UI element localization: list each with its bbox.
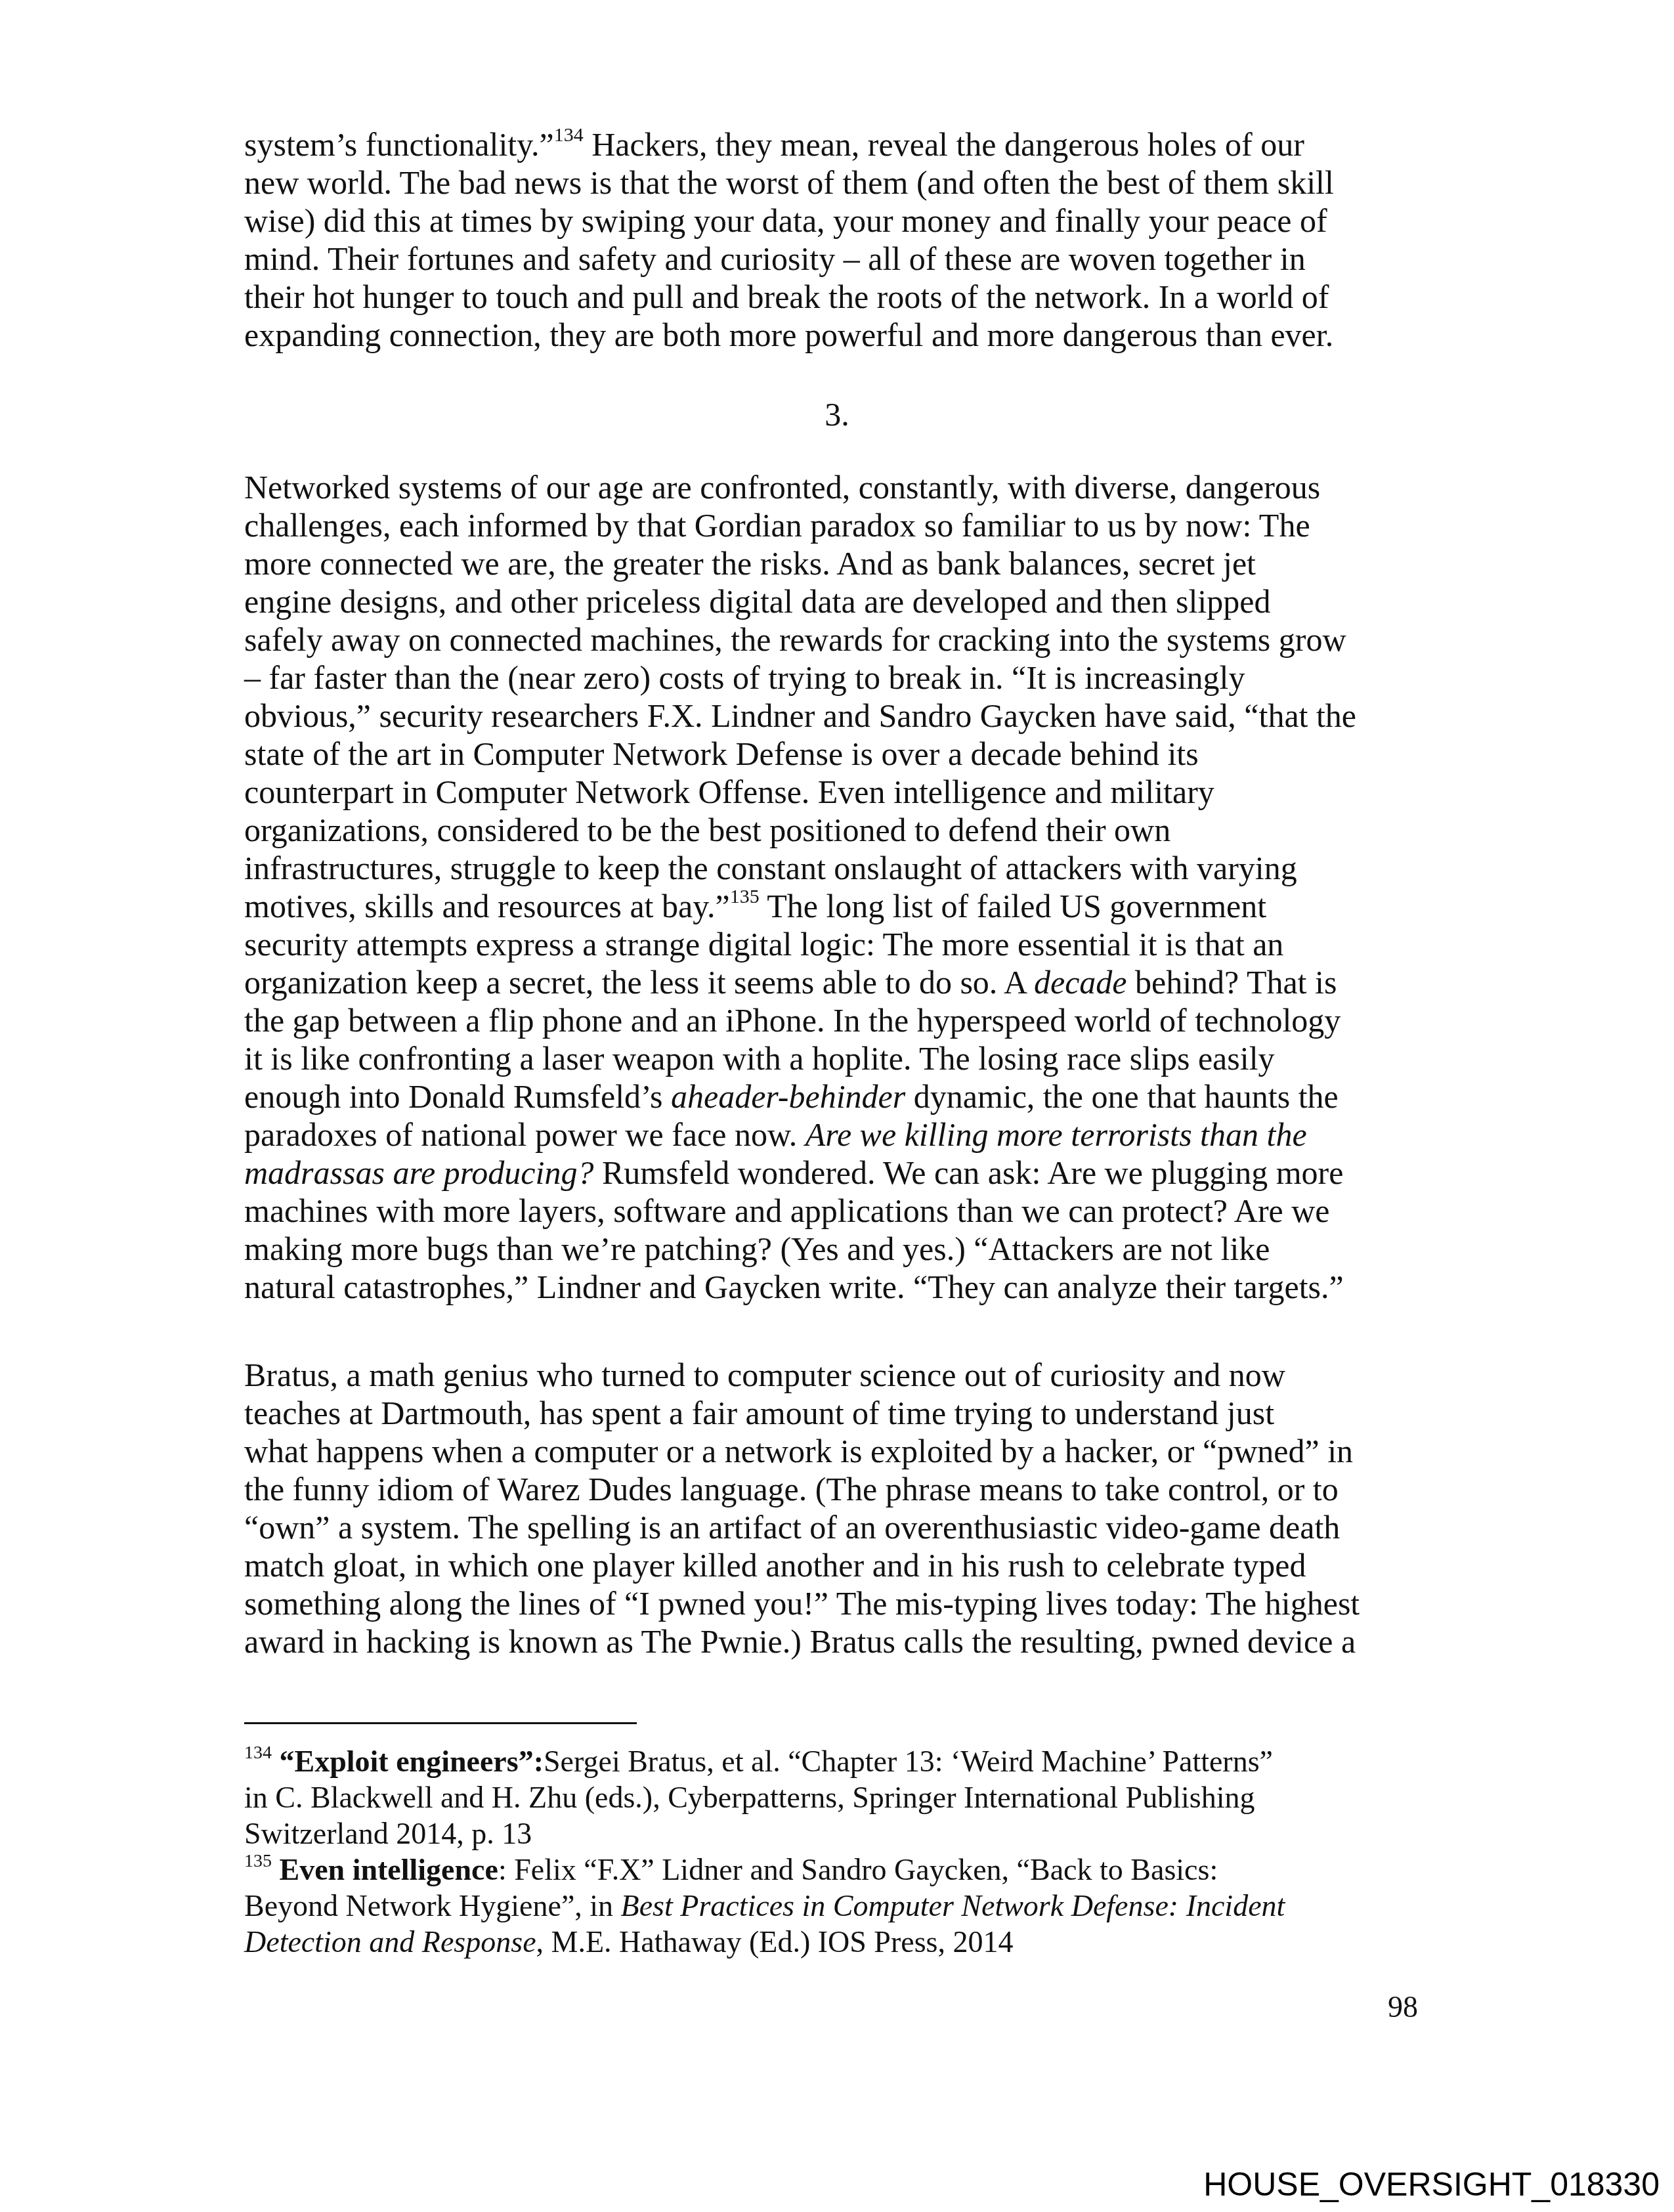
text-line: teaches at Dartmouth, has spent a fair a… xyxy=(244,1394,1419,1432)
text-line: new world. The bad news is that the wors… xyxy=(244,163,1419,202)
footnote-line: Beyond Network Hygiene”, in Best Practic… xyxy=(244,1888,1419,1924)
text-line: more connected we are, the greater the r… xyxy=(244,544,1419,582)
footnote-135: 135 Even intelligence: Felix “F.X” Lidne… xyxy=(244,1852,1419,1960)
footnote-line: Detection and Response, M.E. Hathaway (E… xyxy=(244,1924,1419,1960)
footnote-line: in C. Blackwell and H. Zhu (eds.), Cyber… xyxy=(244,1779,1419,1815)
text-line: paradoxes of national power we face now.… xyxy=(244,1116,1419,1154)
footnote-ref-134[interactable]: 134 xyxy=(554,124,584,146)
text-line: enough into Donald Rumsfeld’s aheader-be… xyxy=(244,1077,1419,1116)
text-line: making more bugs than we’re patching? (Y… xyxy=(244,1230,1419,1268)
footnote-number: 134 xyxy=(244,1743,272,1763)
text-line: challenges, each informed by that Gordia… xyxy=(244,506,1419,544)
emphasis: Are we killing more terrorists than the xyxy=(805,1116,1307,1153)
book-title: Detection and Response xyxy=(244,1925,536,1959)
text-line: Bratus, a math genius who turned to comp… xyxy=(244,1356,1419,1394)
footnote-number: 135 xyxy=(244,1851,272,1871)
footnote-line: 135 Even intelligence: Felix “F.X” Lidne… xyxy=(244,1852,1419,1888)
text-line: organizations, considered to be the best… xyxy=(244,811,1419,849)
book-title: Best Practices in Computer Network Defen… xyxy=(621,1889,1285,1922)
text-line: state of the art in Computer Network Def… xyxy=(244,735,1419,773)
text-line: their hot hunger to touch and pull and b… xyxy=(244,278,1419,316)
text-line: safely away on connected machines, the r… xyxy=(244,620,1419,659)
text-line: counterpart in Computer Network Offense.… xyxy=(244,773,1419,811)
text-line: wise) did this at times by swiping your … xyxy=(244,202,1419,240)
emphasis: aheader-behinder xyxy=(671,1078,905,1115)
section-number: 3. xyxy=(0,395,1674,433)
paragraph-networked-systems: Networked systems of our age are confron… xyxy=(244,468,1419,1306)
text-line: it is like confronting a laser weapon wi… xyxy=(244,1039,1419,1077)
text-line: “own” a system. The spelling is an artif… xyxy=(244,1508,1419,1546)
text-line: machines with more layers, software and … xyxy=(244,1192,1419,1230)
text-line: award in hacking is known as The Pwnie.)… xyxy=(244,1622,1419,1660)
footnote-line: 134 “Exploit engineers”:Sergei Bratus, e… xyxy=(244,1743,1419,1779)
text-line: madrassas are producing? Rumsfeld wonder… xyxy=(244,1154,1419,1192)
text-line: Networked systems of our age are confron… xyxy=(244,468,1419,506)
text-line: what happens when a computer or a networ… xyxy=(244,1432,1419,1470)
text-line: the funny idiom of Warez Dudes language.… xyxy=(244,1470,1419,1508)
footnotes: 134 “Exploit engineers”:Sergei Bratus, e… xyxy=(244,1743,1419,1960)
text-line: motives, skills and resources at bay.”13… xyxy=(244,887,1419,925)
paragraph-continuation: system’s functionality.”134 Hackers, the… xyxy=(244,125,1419,354)
footnote-134: 134 “Exploit engineers”:Sergei Bratus, e… xyxy=(244,1743,1419,1852)
bates-stamp: HOUSE_OVERSIGHT_018330 xyxy=(1203,2165,1660,2203)
footnote-separator xyxy=(244,1722,637,1724)
paragraph-bratus: Bratus, a math genius who turned to comp… xyxy=(244,1356,1419,1660)
footnote-line: Switzerland 2014, p. 13 xyxy=(244,1815,1419,1852)
text-line: security attempts express a strange digi… xyxy=(244,925,1419,963)
emphasis: madrassas are producing? xyxy=(244,1154,593,1191)
text-line: infrastructures, struggle to keep the co… xyxy=(244,849,1419,887)
text-line: something along the lines of “I pwned yo… xyxy=(244,1584,1419,1622)
text-line: obvious,” security researchers F.X. Lind… xyxy=(244,697,1419,735)
text-line: engine designs, and other priceless digi… xyxy=(244,582,1419,620)
document-page: system’s functionality.”134 Hackers, the… xyxy=(0,0,1674,2212)
footnote-ref-135[interactable]: 135 xyxy=(730,886,760,907)
footnote-keyword: Even intelligence xyxy=(280,1853,498,1886)
emphasis: decade xyxy=(1034,964,1127,1001)
page-number: 98 xyxy=(1346,1989,1418,2024)
text-line: the gap between a flip phone and an iPho… xyxy=(244,1001,1419,1039)
text-line: mind. Their fortunes and safety and curi… xyxy=(244,240,1419,278)
text-line: organization keep a secret, the less it … xyxy=(244,963,1419,1001)
text-line: – far faster than the (near zero) costs … xyxy=(244,659,1419,697)
text-line: system’s functionality.”134 Hackers, the… xyxy=(244,125,1419,163)
text-line: expanding connection, they are both more… xyxy=(244,316,1419,354)
text-line: match gloat, in which one player killed … xyxy=(244,1546,1419,1584)
footnote-keyword: “Exploit engineers”: xyxy=(280,1745,544,1778)
text-line: natural catastrophes,” Lindner and Gayck… xyxy=(244,1268,1419,1306)
